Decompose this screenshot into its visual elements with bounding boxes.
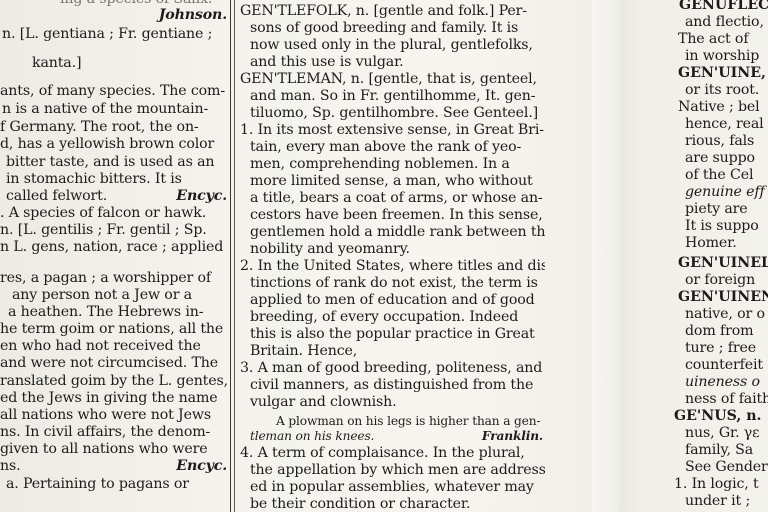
text-line: n. [L. gentilis ; Fr. gentil ; Sp. (0, 222, 207, 238)
text-line: n is a native of the mountain- (2, 101, 208, 117)
text-line: See Gender (685, 459, 768, 475)
text-line: en who had not received the (0, 338, 201, 354)
middle-column: GEN'TLEFOLK, n. [gentle and folk.] Per- … (240, 0, 545, 512)
text-line: this is also the popular practice in Gre… (250, 326, 535, 342)
text-line: under it ; (685, 493, 750, 509)
text-line: a title, bears a coat of arms, or whose … (250, 190, 543, 206)
text-line: It is suppo (685, 218, 759, 234)
sense-3: 3. A man of good breeding, politeness, a… (240, 360, 542, 376)
text-line: native, or o (685, 306, 765, 322)
dictionary-page: ing a species of Salix. Johnson. n. [L. … (0, 0, 768, 512)
text-line: cestors have been freemen. In this sense… (250, 207, 543, 223)
text-line: f Germany. The root, the on- (0, 119, 199, 135)
text-line: n L. gens, nation, race ; applied (0, 239, 223, 255)
text-line: called felwort. (6, 188, 107, 204)
citation: Johnson. (159, 7, 227, 23)
citation: Encyc. (176, 458, 227, 474)
text-line: applied to men of education and of good (250, 292, 535, 308)
text-line: ture ; free (685, 340, 756, 356)
text-line: given to all nations who were (0, 441, 207, 457)
text-line: Homer. (685, 235, 737, 251)
text-line: bitter taste, and is used as an (6, 154, 214, 170)
text-line: dom from (685, 323, 753, 339)
text-line: any person not a Jew or a (12, 287, 192, 303)
headword: GE'NUS, n. (674, 408, 762, 424)
quotation-line: tleman on his knees. (250, 428, 374, 444)
text-line: all nations who were not Jews (0, 407, 211, 423)
text-line: ants, of many species. The com- (0, 83, 225, 99)
etymology-line: n. [L. gentiana ; Fr. gentiane ; (2, 26, 212, 42)
text-line: 1. In logic, t (674, 476, 759, 492)
headword: GEN'UINEL (678, 255, 768, 271)
text-line: piety are (685, 201, 748, 217)
text-line: are suppo (685, 150, 755, 166)
sense-1: 1. In its most extensive sense, in Great… (240, 122, 544, 138)
text-line: Britain. Hence, (250, 343, 357, 359)
text-line: tain, every man above the rank of yeo- (250, 139, 521, 155)
text-line: Native ; bel (678, 99, 760, 115)
text-line: and man. So in Fr. gentilhomme, It. gen- (250, 88, 535, 104)
text-line: or its root. (685, 82, 759, 98)
text-line: uineness o (685, 374, 760, 390)
text-line: ranslated goim by the L. gentes, (0, 373, 228, 389)
right-column: GENUFLEC and flectio, The act of in wors… (672, 0, 768, 512)
text-line: in stomachic bitters. It is (6, 171, 182, 187)
book-gutter (592, 0, 642, 512)
text-line: ns. (0, 458, 20, 474)
text-line: ns. In civil affairs, the denom- (0, 424, 210, 440)
text-line: genuine eff (685, 184, 765, 200)
entry-gentlefolk-headline: GEN'TLEFOLK, n. [gentle and folk.] Per- (240, 3, 527, 19)
text-line: tiluomo, Sp. gentilhombre. See Genteel.] (250, 105, 538, 121)
text-line: be their condition or character. (250, 496, 470, 512)
left-column: ing a species of Salix. Johnson. n. [L. … (0, 0, 229, 512)
text-line: and this use is vulgar. (250, 54, 404, 70)
text-line: gentlemen hold a middle rank between the (250, 224, 545, 240)
text-line: . A species of falcon or hawk. (0, 205, 206, 221)
entry-gentleman-headline: GEN'TLEMAN, n. [gentle, that is, genteel… (240, 71, 537, 87)
text-line: men, comprehending noblemen. In a (250, 156, 510, 172)
text-line: he term goim or nations, all the (0, 321, 223, 337)
text-line: now used only in the plural, gentlefolks… (250, 37, 533, 53)
text-line: civil manners, as distinguished from the (250, 377, 533, 393)
text-line: tinctions of rank do not exist, the term… (250, 275, 538, 291)
column-divider (230, 0, 235, 512)
text-line: in worship (685, 48, 759, 64)
text-line: The act of (678, 31, 748, 47)
text-line: ed the Jews in giving the name (0, 390, 218, 406)
text-line: or foreign (685, 272, 755, 288)
text-line: d, has a yellowish brown color (0, 136, 214, 152)
sense-2: 2. In the United States, where titles an… (240, 258, 545, 274)
text-line: n. [L. gentiana ; Fr. gentiane ; (2, 26, 212, 42)
text-line: kanta.] (32, 55, 81, 71)
text-line: vulgar and clownish. (250, 394, 396, 410)
headword: GEN'UINE, (678, 65, 766, 81)
text-line: nus, Gr. γε (685, 425, 759, 441)
headword: GENUFLEC (679, 0, 768, 13)
text-line: nobility and yeomanry. (250, 241, 410, 257)
text-line: and were not circumcised. The (0, 355, 218, 371)
citation: Encyc. (176, 188, 227, 204)
text-line: and flectio, (685, 14, 764, 30)
text-line: sons of good breeding and family. It is (250, 20, 518, 36)
headword: GEN'UINEN (678, 289, 768, 305)
text-line: res, a pagan ; a worshipper of (0, 270, 211, 286)
quotation-line: A plowman on his legs is higher than a g… (276, 413, 540, 429)
text-line: counterfeit (685, 357, 763, 373)
text-line: a. Pertaining to pagans or (6, 476, 189, 492)
text-line: ing a species of Salix. (60, 0, 212, 7)
text-line: ness of faith (685, 391, 768, 407)
text-line: more limited sense, a man, who without (250, 173, 533, 189)
text-line: the appellation by which men are address… (250, 462, 545, 478)
text-line: of the Cel (685, 167, 753, 183)
text-line: ed in popular assemblies, whatever may (250, 479, 534, 495)
sense-4: 4. A term of complaisance. In the plural… (240, 445, 525, 461)
text-line: breeding, of every occupation. Indeed (250, 309, 518, 325)
text-line: family, Sa (685, 442, 753, 458)
text-line: a heathen. The Hebrews in- (8, 304, 203, 320)
text-line: rious, fals (685, 133, 754, 149)
quotation-source: Franklin. (482, 428, 543, 444)
text-line: hence, real (685, 116, 764, 132)
